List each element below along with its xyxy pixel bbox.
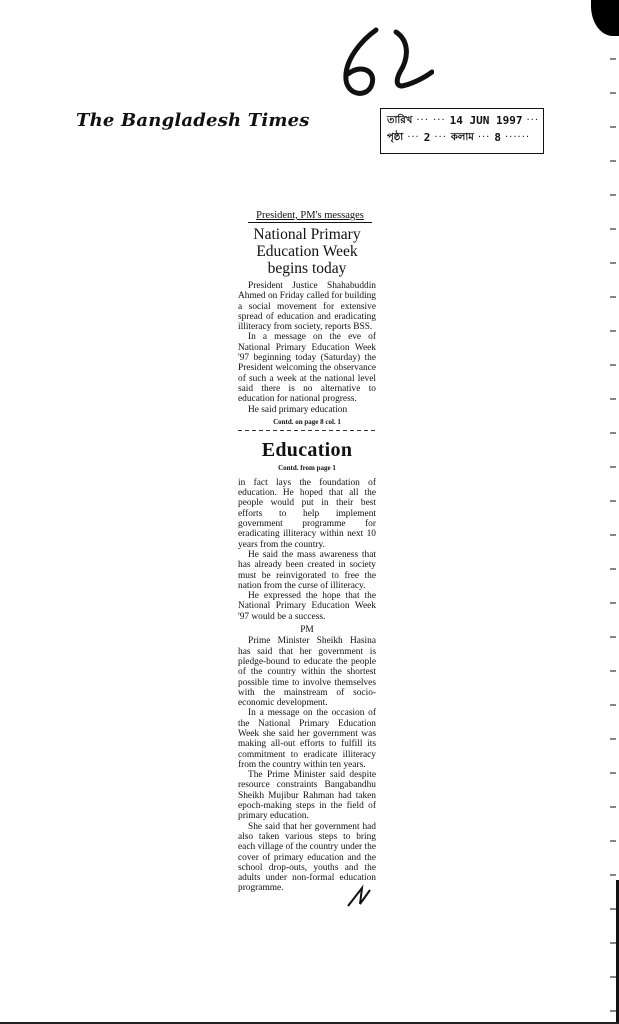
- article-body: President Justice Shahabuddin Ahmed on F…: [238, 281, 376, 415]
- stamp-column-value: 8: [494, 129, 501, 146]
- article-paragraph: He said the mass awareness that has alre…: [238, 550, 376, 591]
- handwritten-page-number: [334, 22, 434, 102]
- stamp-page-row: পৃষ্ঠা ··· 2 ··· কলাম ··· 8 ······: [387, 129, 537, 146]
- stamp-dots: ···: [407, 129, 420, 146]
- article-kicker: President, PM's messages: [248, 210, 372, 223]
- article-headline: National Primary Education Week begins t…: [238, 226, 376, 277]
- pen-slash-mark: [346, 884, 372, 908]
- stamp-page-value: 2: [424, 129, 431, 146]
- stamp-dots: ···: [478, 129, 491, 146]
- article-paragraph: Prime Minister Sheikh Hasina has said th…: [238, 636, 376, 708]
- stamp-dots: ······: [505, 129, 530, 146]
- continued-to-note: Contd. on page 8 col. 1: [238, 418, 376, 426]
- article-paragraph: The Prime Minister said despite resource…: [238, 770, 376, 821]
- continued-from-note: Contd. from page 1: [238, 464, 376, 472]
- article-paragraph: In a message on the occasion of the Nati…: [238, 708, 376, 770]
- clipping-divider: [238, 430, 376, 431]
- article-paragraph: In a message on the eve of National Prim…: [238, 332, 376, 404]
- article-paragraph: President Justice Shahabuddin Ahmed on F…: [238, 281, 376, 332]
- scan-edge-specks: [610, 40, 616, 1024]
- scan-page-edge: [591, 0, 619, 36]
- stamp-page-label: পৃষ্ঠা: [387, 129, 403, 146]
- archive-date-stamp: তারিখ ··· ··· 14 JUN 1997 ··· পৃষ্ঠা ···…: [380, 108, 544, 154]
- stamp-column-label: কলাম: [451, 129, 474, 146]
- pm-subhead: PM: [238, 625, 376, 635]
- stamp-date-value: 14 JUN 1997: [450, 112, 523, 129]
- article-paragraph: in fact lays the foundation of education…: [238, 478, 376, 550]
- article-paragraph: He expressed the hope that the National …: [238, 591, 376, 622]
- stamp-date-row: তারিখ ··· ··· 14 JUN 1997 ···: [387, 112, 537, 129]
- article-paragraph: She said that her government had also ta…: [238, 822, 376, 894]
- newspaper-masthead: The Bangladesh Times: [76, 110, 310, 131]
- continuation-section-head: Education: [238, 439, 376, 462]
- stamp-dots: ···: [526, 112, 539, 129]
- stamp-dots: ··· ···: [416, 112, 445, 129]
- continuation-body: in fact lays the foundation of education…: [238, 478, 376, 894]
- newspaper-clipping: President, PM's messages National Primar…: [238, 208, 376, 894]
- stamp-dots: ···: [434, 129, 447, 146]
- article-paragraph: He said primary education: [238, 405, 376, 415]
- stamp-date-label: তারিখ: [387, 112, 412, 129]
